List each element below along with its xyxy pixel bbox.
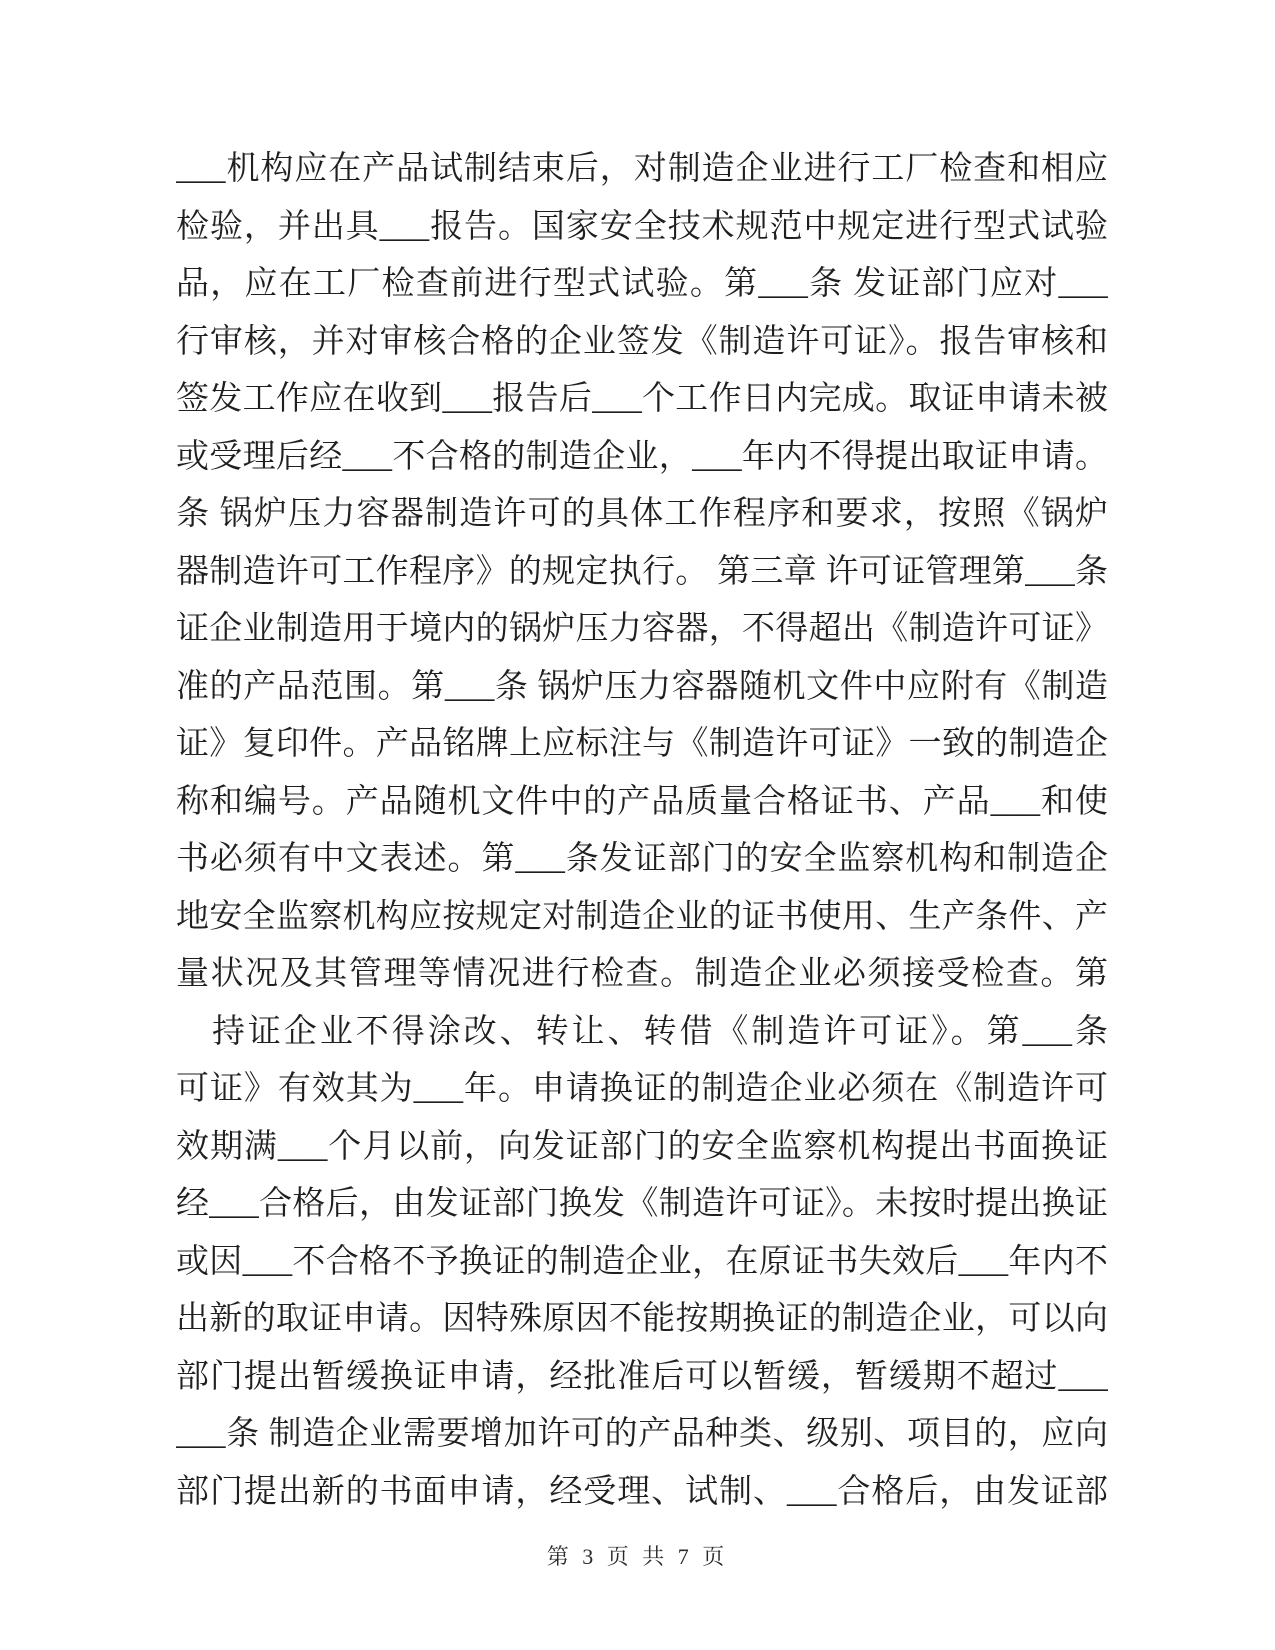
text-line: 持证企业不得涂改、转让、转借《制造许可证》。第___条 《制造许	[176, 1004, 1108, 1062]
text-line: ___机构应在产品试制结束后，对制造企业进行工厂检查和相应的产品	[176, 141, 1108, 199]
text-line: 可证》有效其为___年。申请换证的制造企业必须在《制造许可证》有	[176, 1061, 1108, 1119]
text-line: 部门提出暂缓换证申请，经批准后可以暂缓，暂缓期不超过___年。第	[176, 1349, 1108, 1407]
text-line: 签发工作应在收到___报告后___个工作日内完成。取证申请未被受理	[176, 371, 1108, 429]
text-line: 或受理后经___不合格的制造企业，___年内不得提出取证申请。第___	[176, 429, 1108, 487]
text-line: 量状况及其管理等情况进行检查。制造企业必须接受检查。第___条	[176, 946, 1108, 1004]
text-line: 检验，并出具___报告。国家安全技术规范中规定进行型式试验的产	[176, 199, 1108, 257]
text-line: 效期满___个月以前，向发证部门的安全监察机构提出书面换证申请，	[176, 1119, 1108, 1177]
text-line: 条 锅炉压力容器制造许可的具体工作程序和要求，按照《锅炉压力容	[176, 486, 1108, 544]
document-body-text: ___机构应在产品试制结束后，对制造企业进行工厂检查和相应的产品检验，并出具__…	[176, 141, 1108, 1521]
text-line: 行审核，并对审核合格的企业签发《制造许可证》。报告审核和证书	[176, 314, 1108, 372]
text-line: 部门提出新的书面申请，经受理、试制、___合格后，由发证部门颁发	[176, 1464, 1108, 1522]
page-footer: 第 3 页 共 7 页	[0, 1540, 1275, 1571]
text-line: ___条 制造企业需要增加许可的产品种类、级别、项目的，应向发证	[176, 1406, 1108, 1464]
text-line: 器制造许可工作程序》的规定执行。 第三章 许可证管理第___条 持	[176, 544, 1108, 602]
text-line: 出新的取证申请。因特殊原因不能按期换证的制造企业，可以向发证	[176, 1291, 1108, 1349]
text-line: 证》复印件。产品铭牌上应标注与《制造许可证》一致的制造企业名	[176, 716, 1108, 774]
text-line: 经___合格后，由发证部门换发《制造许可证》。未按时提出换证申请	[176, 1176, 1108, 1234]
document-page: ___机构应在产品试制结束后，对制造企业进行工厂检查和相应的产品检验，并出具__…	[0, 0, 1275, 1650]
text-line: 书必须有中文表述。第___条发证部门的安全监察机构和制造企业所在	[176, 831, 1108, 889]
text-line: 或因___不合格不予换证的制造企业，在原证书失效后___年内不得提	[176, 1234, 1108, 1292]
text-line: 地安全监察机构应按规定对制造企业的证书使用、生产条件、产品质	[176, 889, 1108, 947]
text-line: 品，应在工厂检查前进行型式试验。第___条 发证部门应对___报告进	[176, 256, 1108, 314]
text-line: 证企业制造用于境内的锅炉压力容器，不得超出《制造许可证》所批	[176, 601, 1108, 659]
text-line: 准的产品范围。第___条 锅炉压力容器随机文件中应附有《制造许可	[176, 659, 1108, 717]
text-line: 称和编号。产品随机文件中的产品质量合格证书、产品___和使用说明	[176, 774, 1108, 832]
